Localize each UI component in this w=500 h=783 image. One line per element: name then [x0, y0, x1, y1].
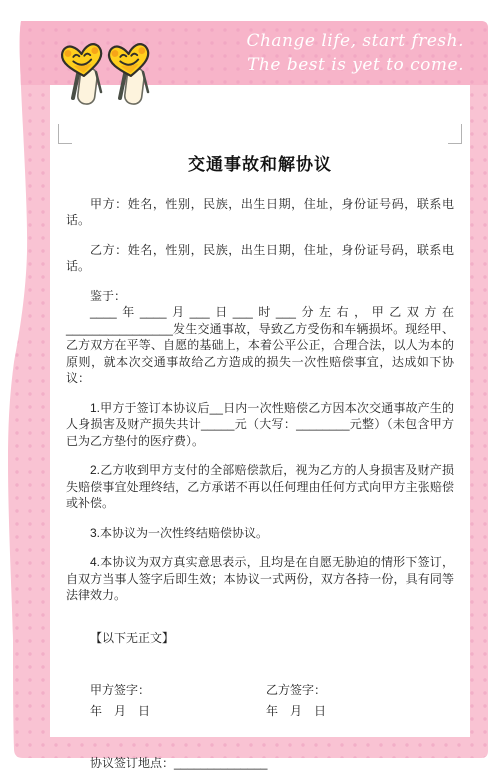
- clause-4: 4.本协议为双方真实意思表示，且均是在自愿无胁迫的情形下签订，自双方当事人签字后…: [66, 554, 454, 604]
- party-a-line: 甲方：姓名，性别，民族，出生日期，住址，身份证号码，联系电话。: [66, 196, 454, 229]
- clause-1: 1.甲方于签订本协议后__日内一次性赔偿乙方因本次交通事故产生的人身损害及财产损…: [66, 400, 454, 450]
- clause-2: 2.乙方收到甲方支付的全部赔偿款后，视为乙方的人身损害及财产损失赔偿事宜处理终结…: [66, 462, 454, 512]
- slogan-line-1: Change life, start fresh.: [246, 29, 464, 53]
- whereas-text: ____年____月___日___时___分左右，甲乙双方在__________…: [66, 304, 454, 387]
- party-a-signature-area: 甲方签字： 年 月 日: [66, 682, 266, 723]
- party-a-signature-label: 甲方签字：: [90, 682, 266, 699]
- party-a-date-line: 年 月 日: [90, 703, 266, 720]
- signing-place-line: 协议签订地点：______________: [66, 755, 454, 772]
- document-sheet: 交通事故和解协议 甲方：姓名，性别，民族，出生日期，住址，身份证号码，联系电话。…: [50, 85, 470, 737]
- no-more-text-note: 【以下无正文】: [66, 630, 454, 647]
- document-title: 交通事故和解协议: [66, 157, 454, 174]
- party-b-signature-label: 乙方签字：: [266, 682, 326, 699]
- banner-slogan: Change life, start fresh. The best is ye…: [246, 29, 464, 77]
- clause-3: 3.本协议为一次性终结赔偿协议。: [66, 525, 454, 542]
- document-body: 交通事故和解协议 甲方：姓名，性别，民族，出生日期，住址，身份证号码，联系电话。…: [50, 85, 470, 772]
- party-b-signature-area: 乙方签字： 年 月 日: [266, 682, 326, 723]
- party-b-date-line: 年 月 日: [266, 703, 326, 720]
- smiling-heart-mascots-icon: [58, 40, 158, 106]
- slogan-line-2: The best is yet to come.: [246, 53, 464, 77]
- stationery-page: { "banner": { "slogan_line1": "Change li…: [0, 0, 500, 783]
- signature-block: 甲方签字： 年 月 日 乙方签字： 年 月 日: [66, 682, 454, 723]
- party-b-line: 乙方：姓名，性别，民族，出生日期，住址，身份证号码，联系电话。: [66, 242, 454, 275]
- whereas-label: 鉴于：: [66, 288, 454, 305]
